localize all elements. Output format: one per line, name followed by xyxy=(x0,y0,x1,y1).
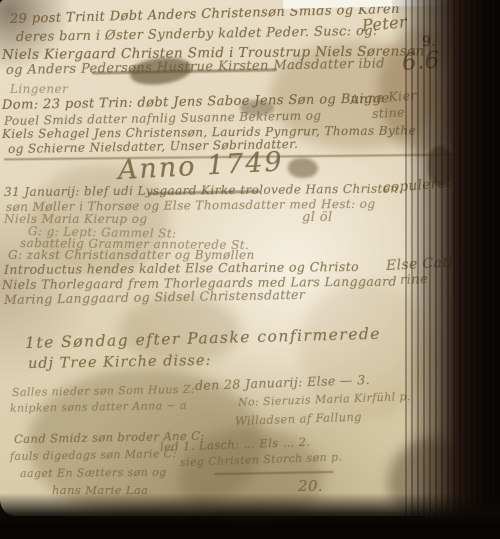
register-page-photo: 29 post Trinit Døbt Anders Christensøn S… xyxy=(0,0,500,539)
book-binding-edge xyxy=(405,0,500,539)
bottom-page-edge xyxy=(0,493,500,539)
margin-note-anne-kierstine: stine xyxy=(372,104,406,121)
margin-note-gl-ol: gl öl xyxy=(302,210,333,225)
handwriting-line: aaget En Sætters søn og xyxy=(20,466,167,480)
ink-blot xyxy=(288,158,318,178)
handwriting-line: udj Tree Kirche disse: xyxy=(28,353,212,372)
handwriting-line: Lingener xyxy=(10,82,68,96)
